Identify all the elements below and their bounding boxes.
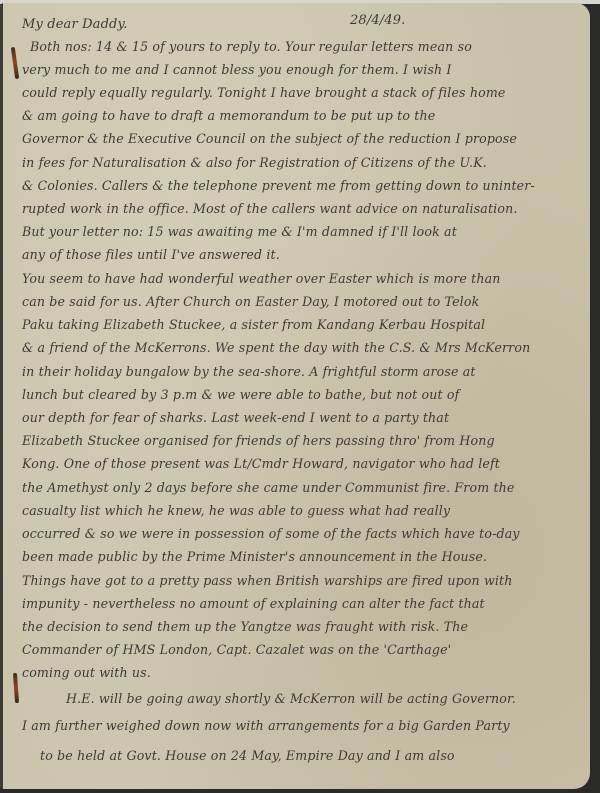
letter-greeting: My dear Daddy. — [22, 17, 576, 32]
letter-line: Governor & the Executive Council on the … — [22, 131, 576, 146]
letter-line: impunity - nevertheless no amount of exp… — [22, 596, 576, 611]
letter-line: any of those files until I've answered i… — [22, 247, 576, 262]
letter-line: I am further weighed down now with arran… — [22, 718, 576, 733]
letter-line: But your letter no: 15 was awaiting me &… — [22, 224, 576, 239]
letter-line: lunch but cleared by 3 p.m & we were abl… — [22, 387, 576, 402]
letter-line: to be held at Govt. House on 24 May, Emp… — [40, 748, 576, 763]
letter-line: coming out with us. — [22, 665, 576, 680]
letter-line: Commander of HMS London, Capt. Cazalet w… — [22, 642, 576, 657]
letter-line: in fees for Naturalisation & also for Re… — [22, 155, 576, 170]
letter-line: casualty list which he knew, he was able… — [22, 503, 576, 518]
letter-line: could reply equally regularly. Tonight I… — [22, 85, 576, 100]
letter-line: & Colonies. Callers & the telephone prev… — [22, 178, 576, 193]
letter-line: You seem to have had wonderful weather o… — [22, 271, 576, 286]
letter-line: Both nos: 14 & 15 of yours to reply to. … — [30, 39, 576, 54]
letter-line: Things have got to a pretty pass when Br… — [22, 573, 576, 588]
letter-line: Elizabeth Stuckee organised for friends … — [22, 433, 576, 448]
letter-date: 28/4/49. — [350, 13, 405, 28]
letter-page: My dear Daddy. 28/4/49. Both nos: 14 & 1… — [0, 3, 590, 789]
letter-line: & am going to have to draft a memorandum… — [22, 108, 576, 123]
letter-line: been made public by the Prime Minister's… — [22, 549, 576, 564]
rust-staple-mark-top — [11, 47, 19, 79]
letter-line: our depth for fear of sharks. Last week-… — [22, 410, 576, 425]
letter-line: & a friend of the McKerrons. We spent th… — [22, 340, 576, 355]
page-left-edge — [0, 3, 3, 789]
letter-line: the decision to send them up the Yangtze… — [22, 619, 576, 634]
letter-line: H.E. will be going away shortly & McKerr… — [66, 691, 576, 706]
letter-line: Paku taking Elizabeth Stuckee, a sister … — [22, 317, 576, 332]
letter-line: the Amethyst only 2 days before she came… — [22, 480, 576, 495]
letter-line: very much to me and I cannot bless you e… — [22, 62, 576, 77]
rust-staple-mark-bottom — [13, 673, 19, 703]
letter-line: can be said for us. After Church on East… — [22, 294, 576, 309]
letter-line: in their holiday bungalow by the sea-sho… — [22, 364, 576, 379]
letter-line: occurred & so we were in possession of s… — [22, 526, 576, 541]
letter-line: Kong. One of those present was Lt/Cmdr H… — [22, 456, 576, 471]
letter-line: rupted work in the office. Most of the c… — [22, 201, 576, 216]
